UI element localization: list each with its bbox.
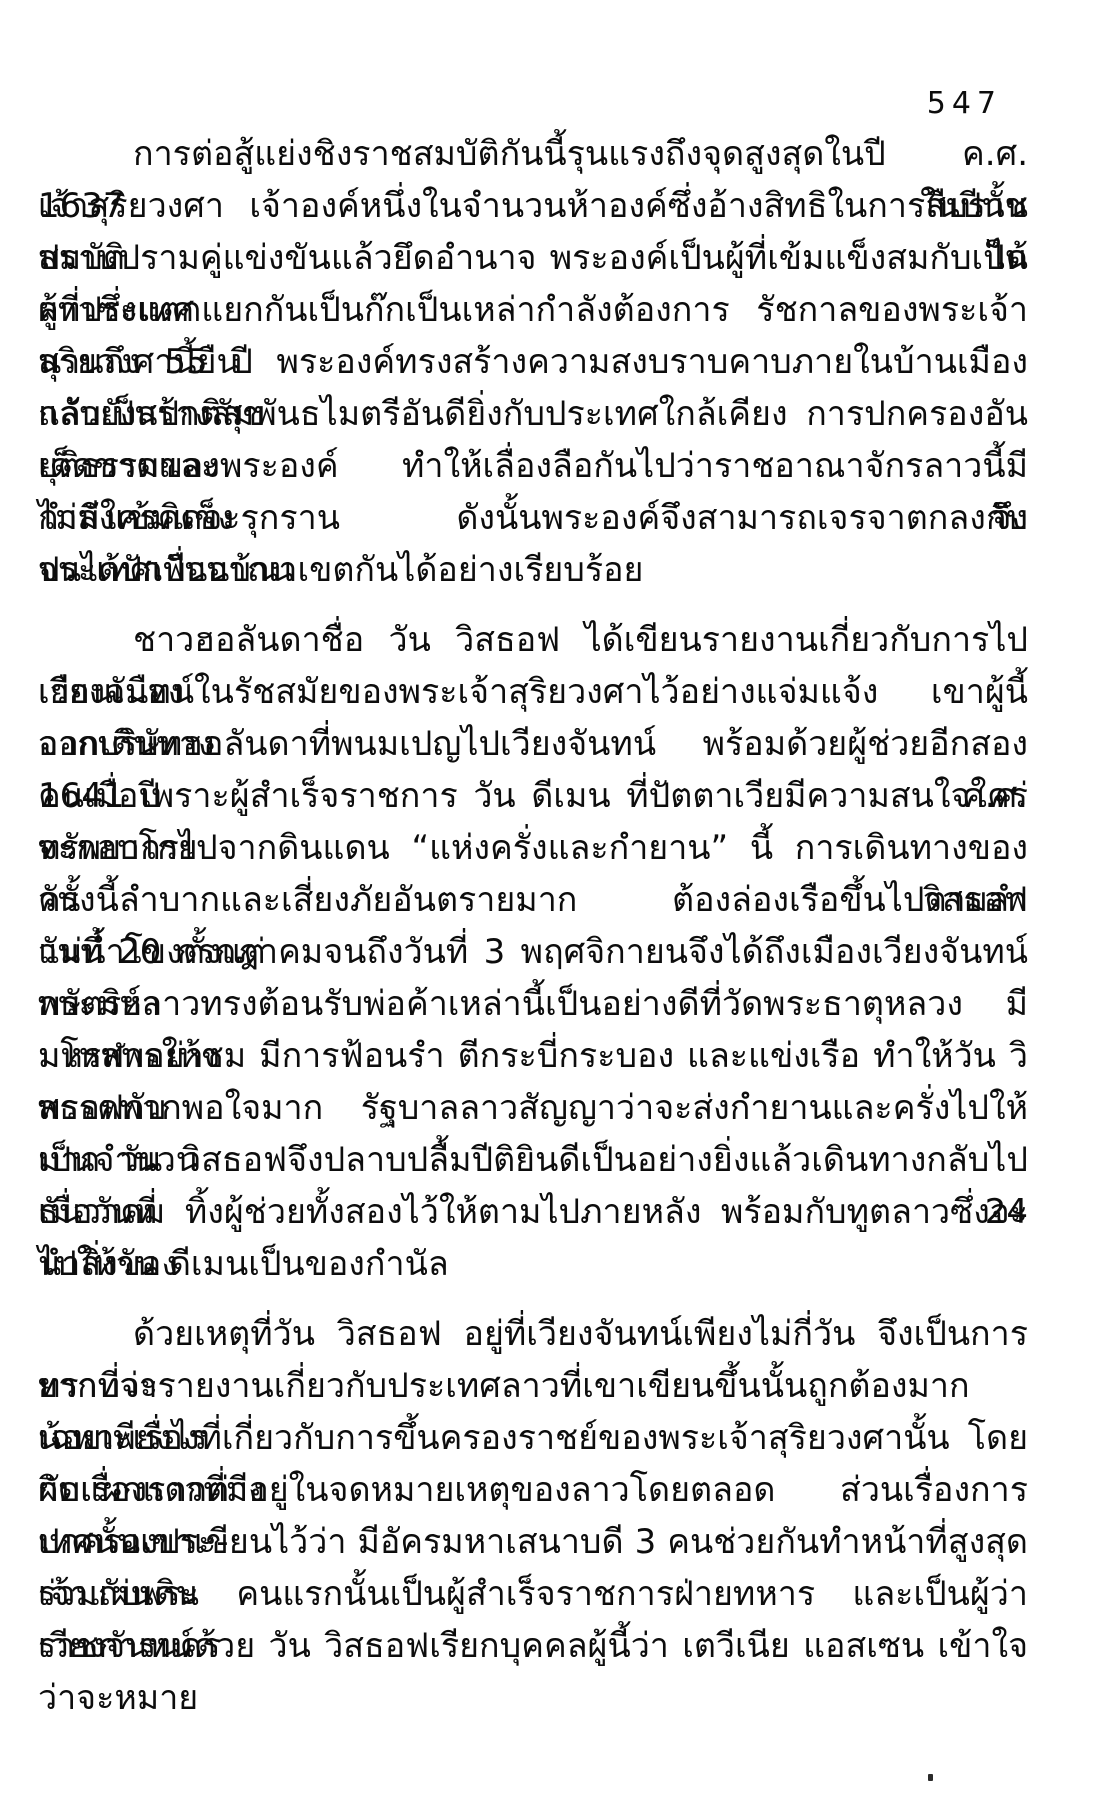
paragraph-1: การต่อสู้แย่งชิงราชสมบัติกันนี้รุนแรงถึง… — [38, 128, 1028, 596]
paragraph-2: ชาวฮอลันดาชื่อ วัน วิสธอฟ ได้เขียนรายงาน… — [38, 614, 1028, 1290]
text-line: การต่อสู้แย่งชิงราชสมบัติกันนี้รุนแรงถึง… — [38, 128, 1028, 180]
text-line: เฉพาะเรื่องที่เกี่ยวกับการขึ้นครองราชย์ข… — [38, 1412, 1028, 1464]
scan-artifact-dot — [928, 1774, 933, 1781]
text-line: เวียงจันทน์ในรัชสมัยของพระเจ้าสุริยวงศาไ… — [38, 666, 1028, 718]
text-line: ครั้งนี้ลำบากและเสี่ยงภัยอันตรายมาก ต้อง… — [38, 874, 1028, 926]
text-line: แล้วยังสร้างสัมพันธไมตรีอันดียิ่งกับประเ… — [38, 388, 1028, 440]
text-line: กษัตริย์ลาวทรงต้อนรับพ่อค้าเหล่านี้เป็นอ… — [38, 978, 1028, 1030]
text-line: ทราบว่ารายงานเกี่ยวกับประเทศลาวที่เขาเขี… — [38, 1360, 1028, 1412]
text-line: เจ้าสุริยวงศา เจ้าองค์หนึ่งในจำนวนห้าองค… — [38, 180, 1028, 232]
text-line: ด้วยเหตุที่วัน วิสธอฟ อยู่ที่เวียงจันทน์… — [38, 1308, 1028, 1360]
text-line: กับเรื่องราวที่มีอยู่ในจดหมายเหตุของลาวโ… — [38, 1464, 1028, 1516]
text-line: จากบริษัทฮอลันดาที่พนมเปญไปเวียงจันทน์ พ… — [38, 718, 1028, 770]
text-line: วันที่ 20 กรกฎาคมจนถึงวันที่ 3 พฤศจิกายน… — [38, 926, 1028, 978]
text-line: พรรคพวกพอใจมาก รัฐบาลลาวสัญญาว่าจะส่งกำย… — [38, 1082, 1028, 1134]
text-line: ปราบปรามคู่แข่งขันแล้วยึดอำนาจ พระองค์เป… — [38, 232, 1028, 284]
text-line: ทรัพยากรไปจากดินแดน “แห่งครั่งและกำยาน” … — [38, 822, 1028, 874]
text-line: เทศนั้นเขาเขียนไว้ว่า มีอัครมหาเสนาบดี 3… — [38, 1516, 1028, 1568]
text-line: จนได้ปักปันอาณาเขตกันได้อย่างเรียบร้อย — [38, 544, 1028, 596]
page-number: 547 — [927, 86, 1002, 121]
text-line: เจ้าแผ่นดิน คนแรกนั้นเป็นผู้สำเร็จราชการ… — [38, 1568, 1028, 1620]
text-line: ไม่มีใครคิดจะรุกราน ดังนั้นพระองค์จึงสาม… — [38, 492, 1028, 544]
text-line: เวียงจันทน์ด้วย วัน วิสธอฟเรียกบุคคลผู้น… — [38, 1620, 1028, 1672]
paragraph-3: ด้วยเหตุที่วัน วิสธอฟ อยู่ที่เวียงจันทน์… — [38, 1308, 1028, 1672]
text-line: นานถึง 55 ปี พระองค์ทรงสร้างความสงบราบคา… — [38, 336, 1028, 388]
text-line: มาก วัน วิสธอฟจึงปลาบปลื้มปีติยินดีเป็นอ… — [38, 1134, 1028, 1186]
text-line: 1641 เพราะผู้สำเร็จราชการ วัน ดีเมน ที่ป… — [38, 770, 1028, 822]
text-line: ไปให้วัน ดีเมนเป็นของกำนัล — [38, 1238, 1028, 1290]
text-line: ธันวาคม ทิ้งผู้ช่วยทั้งสองไว้ให้ตามไปภาย… — [38, 1186, 1028, 1238]
text-line: ยุติธรรมของพระองค์ ทำให้เลื่องลือกันไปว่… — [38, 440, 1028, 492]
text-line: ลาวซึ่งแตกแยกกันเป็นก๊กเป็นเหล่ากำลังต้อ… — [38, 284, 1028, 336]
text-line: ชาวฮอลันดาชื่อ วัน วิสธอฟ ได้เขียนรายงาน… — [38, 614, 1028, 666]
text-block: การต่อสู้แย่งชิงราชสมบัติกันนี้รุนแรงถึง… — [38, 128, 1028, 1672]
text-line: มโหฬารให้ชม มีการฟ้อนรำ ตีกระบี่กระบอง แ… — [38, 1030, 1028, 1082]
book-page: 547 การต่อสู้แย่งชิงราชสมบัติกันนี้รุนแร… — [0, 0, 1106, 1800]
